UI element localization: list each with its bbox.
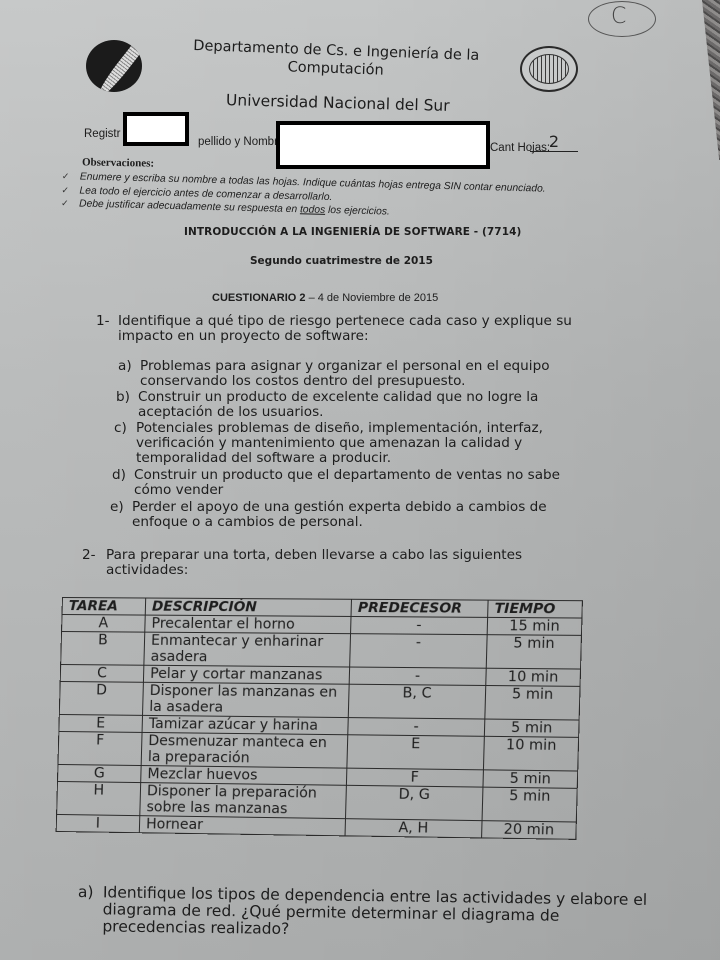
cell-descripcion: Hornear [139, 816, 345, 836]
header-predecesor: PREDECESOR [351, 599, 488, 617]
course-title: INTRODUCCIÓN A LA INGENIERÍA DE SOFTWARE… [184, 226, 521, 238]
cell-tarea: C [60, 664, 144, 682]
header-tiempo: TIEMPO [488, 600, 583, 618]
department-title: Departamento de Cs. e Ingeniería de la C… [187, 37, 484, 83]
department-logo-quill-icon [86, 40, 142, 92]
cell-tarea: G [58, 764, 142, 782]
table-row: DDisponer las manzanas en la asaderaB, C… [59, 681, 580, 720]
cell-tiempo: 20 min [482, 821, 577, 840]
check-icon: ✓ [61, 197, 79, 210]
cell-predecesor: - [349, 667, 486, 685]
cant-hojas-value: 2 [530, 133, 578, 152]
cell-descripcion: Tamizar azúcar y harina [142, 715, 348, 734]
cell-predecesor: D, G [345, 785, 482, 820]
cell-predecesor: E [347, 735, 484, 770]
cell-descripcion: Disponer la preparación sobre las manzan… [140, 783, 347, 819]
semester: Segundo cuatrimestre de 2015 [250, 255, 433, 267]
cell-tarea: E [59, 714, 143, 732]
cell-predecesor: B, C [348, 684, 486, 719]
cell-tiempo: 15 min [487, 617, 582, 635]
header-descripcion: DESCRIPCIÓN [145, 598, 351, 616]
university-name: Universidad Nacional del Sur [226, 91, 450, 115]
apellido-nombre-label: pellido y Nombre [198, 136, 284, 148]
cell-tiempo: 5 min [484, 719, 579, 737]
cell-descripcion: Precalentar el horno [145, 615, 351, 634]
observaciones-title: Observaciones: [82, 156, 154, 169]
cell-tiempo: 10 min [486, 668, 581, 686]
cell-tiempo: 5 min [483, 770, 578, 789]
cell-tiempo: 5 min [482, 787, 577, 822]
registro-label: Registr [84, 128, 120, 140]
cell-predecesor: F [346, 768, 483, 787]
cell-descripcion: Disponer las manzanas en la asadera [143, 682, 350, 717]
table-row: BEnmantecar y enharinar asadera-5 min [61, 632, 582, 670]
university-seal-icon [520, 46, 578, 92]
cell-predecesor: - [351, 616, 488, 634]
cell-tarea: D [59, 681, 143, 715]
handwritten-circled-mark: C [588, 1, 656, 37]
check-icon: ✓ [62, 170, 80, 183]
cell-tiempo: 5 min [485, 685, 580, 720]
cell-descripcion: Mezclar huevos [141, 766, 347, 786]
corner-mark-text: C [611, 4, 626, 29]
cell-predecesor: - [350, 634, 488, 669]
cell-descripcion: Desmenuzar manteca en la preparación [141, 732, 348, 768]
tasks-table: TAREA DESCRIPCIÓN PREDECESOR TIEMPO APre… [56, 597, 583, 840]
observaciones-list: ✓Enumere y escriba su nombre a todas las… [61, 170, 546, 223]
question-1: 1- Identifique a qué tipo de riesgo pert… [96, 314, 616, 329]
desk-background [680, 0, 720, 160]
cell-tarea: H [57, 781, 141, 815]
cell-tiempo: 10 min [483, 736, 578, 771]
cell-tarea: F [58, 731, 142, 765]
cell-tarea: A [62, 615, 146, 633]
quiz-heading: CUESTIONARIO 2 – 4 de Noviembre de 2015 [212, 292, 438, 304]
cell-descripcion: Pelar y cortar manzanas [143, 665, 349, 684]
cell-tarea: B [61, 632, 145, 666]
cell-tarea: I [56, 814, 140, 832]
cell-predecesor: - [348, 718, 485, 737]
redacted-registro-field [123, 112, 189, 146]
question-2: 2- Para preparar una torta, deben llevar… [82, 548, 602, 563]
check-icon: ✓ [61, 183, 79, 196]
cell-tiempo: 5 min [486, 635, 581, 669]
cell-descripcion: Enmantecar y enharinar asadera [144, 632, 351, 667]
redacted-name-field [276, 121, 490, 169]
header-tarea: TAREA [62, 598, 146, 616]
question-2-subquestion-a: a) Identifique los tipos de dependencia … [78, 884, 678, 909]
cell-predecesor: A, H [345, 819, 482, 838]
